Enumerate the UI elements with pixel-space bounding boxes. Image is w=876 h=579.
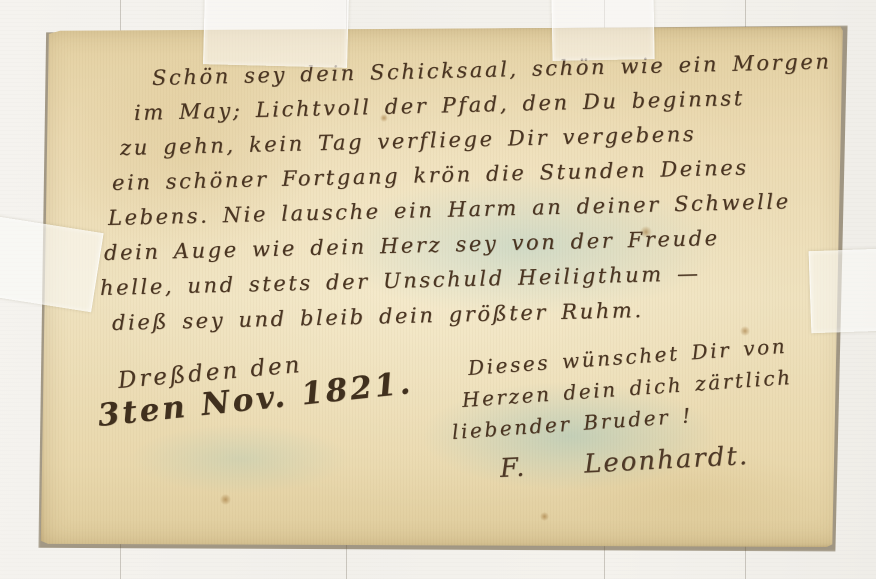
poem-line: zu gehn, kein Tag verfliege Dir vergeben… [120, 122, 697, 160]
poem-line: dieß sey und bleib dein größter Ruhm. [112, 298, 644, 335]
poem-line: dein Auge wie dein Herz sey von der Freu… [104, 226, 720, 265]
photo-backdrop: Schön sey dein Schicksaal, schön wie ein… [0, 0, 876, 579]
tape-strip-top-left [203, 0, 349, 68]
fox-spot [220, 494, 231, 505]
fox-spot [740, 326, 750, 336]
poem-line: helle, und stets der Unschuld Heiligthum… [100, 261, 701, 300]
poem-line: ein schöner Fortgang krön die Stunden De… [112, 155, 749, 195]
signature-name: Leonhardt. [583, 441, 749, 480]
poem-line: Lebens. Nie lausche ein Harm an deiner S… [108, 189, 791, 230]
blue-wash-stain [130, 424, 350, 494]
tape-strip-left [0, 216, 104, 313]
manuscript-paper: Schön sey dein Schicksaal, schön wie ein… [40, 26, 846, 548]
fox-spot [540, 512, 549, 521]
tape-strip-right [809, 249, 876, 333]
signature-initial: F. [499, 453, 527, 484]
poem-line: im May; Lichtvoll der Pfad, den Du begin… [134, 86, 745, 125]
tape-strip-top-right [551, 0, 654, 61]
signature: F. Leonhardt. [499, 441, 750, 484]
